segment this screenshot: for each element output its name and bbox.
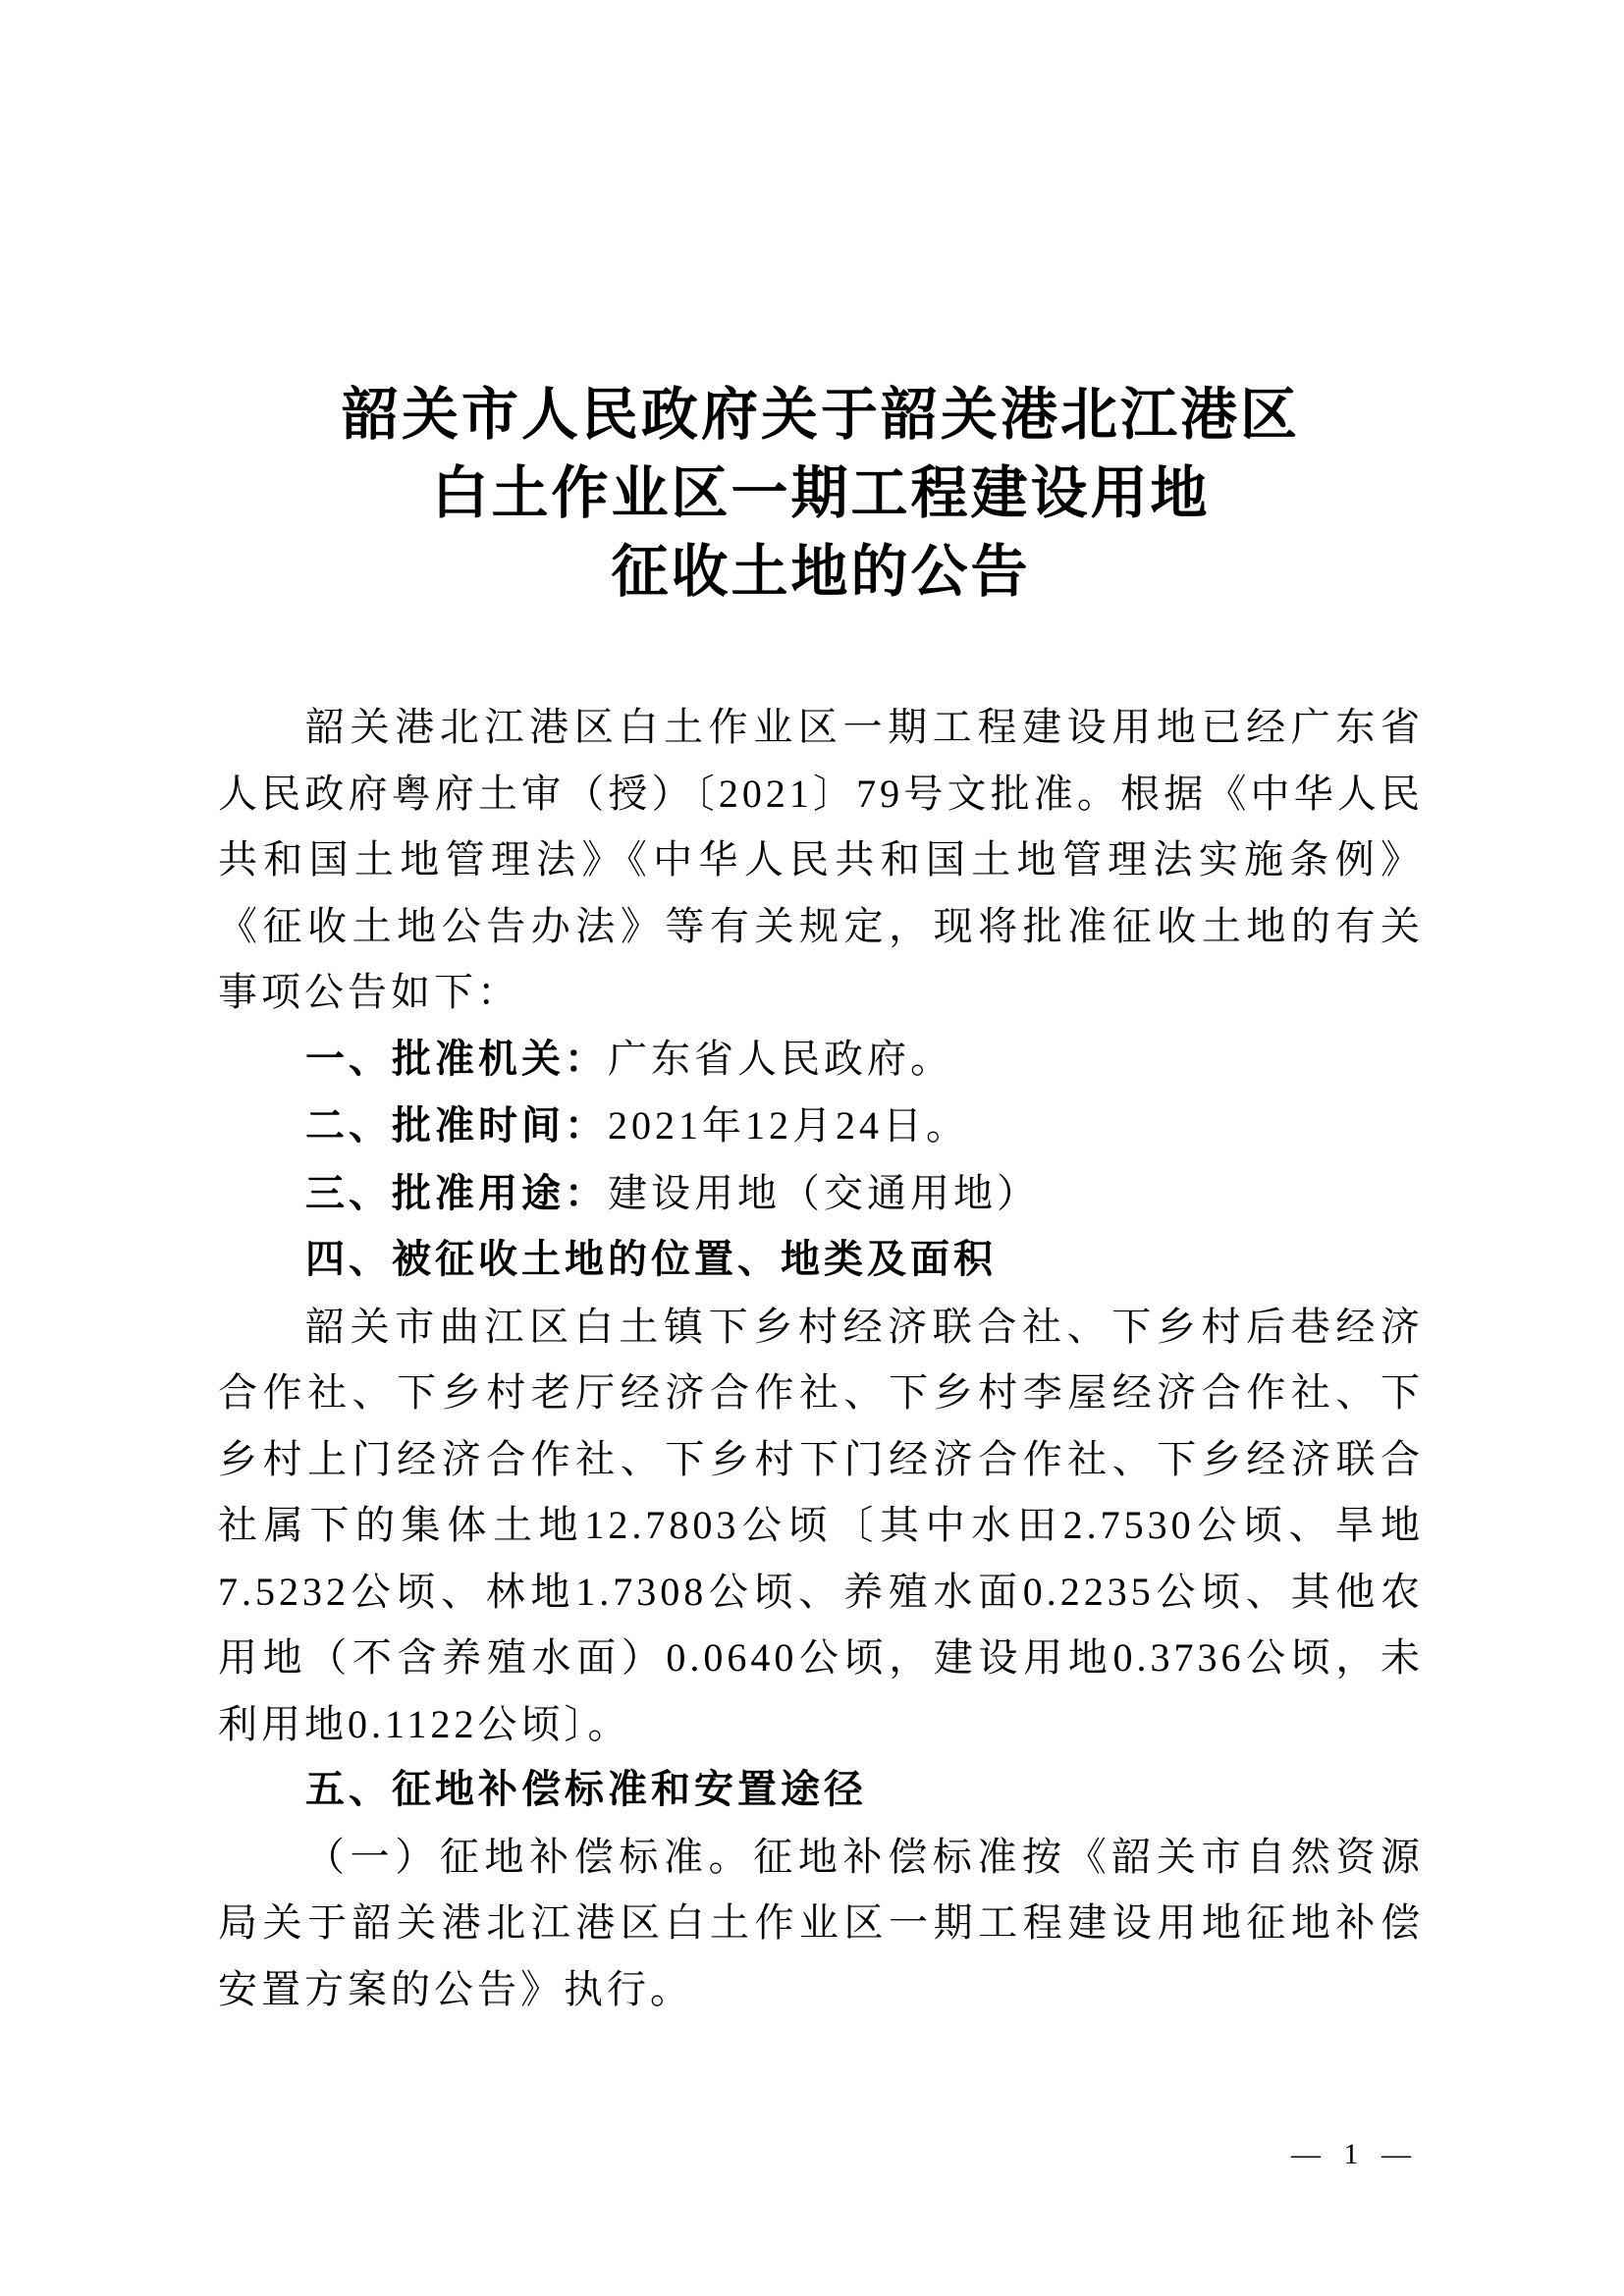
title-line-2: 白土作业区一期工程建设用地 (218, 454, 1424, 533)
paragraph-compensation: （一）征地补偿标准。征地补偿标准按《韶关市自然资源局关于韶关港北江港区白土作业区… (218, 1824, 1424, 2023)
document-page: 韶关市人民政府关于韶关港北江港区 白土作业区一期工程建设用地 征收土地的公告 韶… (0, 0, 1624, 2296)
item-approved-use-value: 建设用地（交通用地） (608, 1171, 1040, 1215)
item-approval-date-value: 2021年12月24日。 (608, 1103, 969, 1148)
title-line-1: 韶关市人民政府关于韶关港北江港区 (218, 376, 1424, 454)
section-heading-4: 四、被征收土地的位置、地类及面积 (218, 1227, 1424, 1294)
section-heading-5: 五、征地补偿标准和安置途径 (218, 1757, 1424, 1824)
title-line-3: 征收土地的公告 (218, 533, 1424, 612)
paragraph-land-location: 韶关市曲江区白土镇下乡村经济联合社、下乡村后巷经济合作社、下乡村老厅经济合作社、… (218, 1294, 1424, 1758)
page-number: — 1 — (1291, 2138, 1419, 2171)
document-content: 韶关市人民政府关于韶关港北江港区 白土作业区一期工程建设用地 征收土地的公告 韶… (218, 376, 1424, 2022)
document-title: 韶关市人民政府关于韶关港北江港区 白土作业区一期工程建设用地 征收土地的公告 (218, 376, 1424, 612)
item-approved-use: 三、批准用途：建设用地（交通用地） (218, 1160, 1424, 1228)
paragraph-intro: 韶关港北江港区白土作业区一期工程建设用地已经广东省人民政府粤府土审（授）〔202… (218, 694, 1424, 1026)
item-approval-authority: 一、批准机关：广东省人民政府。 (218, 1026, 1424, 1094)
item-approved-use-label: 三、批准用途： (305, 1172, 608, 1215)
item-approval-authority-label: 一、批准机关： (305, 1038, 608, 1081)
item-approval-date-label: 二、批准时间： (305, 1104, 608, 1148)
document-body: 韶关港北江港区白土作业区一期工程建设用地已经广东省人民政府粤府土审（授）〔202… (218, 694, 1424, 2022)
item-approval-authority-value: 广东省人民政府。 (608, 1037, 953, 1081)
item-approval-date: 二、批准时间：2021年12月24日。 (218, 1093, 1424, 1160)
